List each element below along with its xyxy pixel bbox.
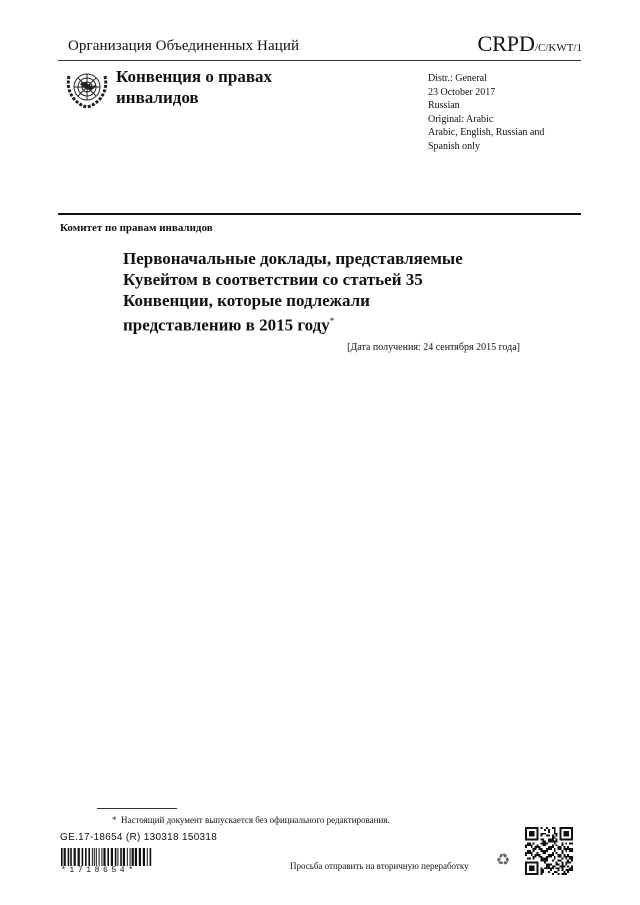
date-received: [Дата получения: 24 сентября 2015 года]: [347, 342, 520, 353]
barcode-icon: [61, 848, 152, 866]
languages-line: Spanish only: [428, 140, 544, 154]
organization-name: Организация Объединенных Наций: [68, 38, 299, 55]
title-line: Кувейтом в соответствии со статьей 35: [123, 269, 523, 290]
language: Russian: [428, 99, 544, 113]
job-number: GE.17-18654 (R) 130318 150318: [60, 832, 217, 843]
convention-title: Конвенция о правах инвалидов: [116, 66, 272, 108]
footnote-text: Настоящий документ выпускается без офици…: [121, 815, 390, 825]
recycle-note: Просьба отправить на вторичную переработ…: [290, 861, 469, 871]
symbol-main: CRPD: [477, 31, 534, 56]
footnote-reference[interactable]: *: [330, 316, 335, 326]
convention-title-line: Конвенция о правах: [116, 66, 272, 87]
languages-line: Arabic, English, Russian and: [428, 126, 544, 140]
footnote: * Настоящий документ выпускается без офи…: [112, 815, 390, 825]
section-rule: [58, 213, 581, 215]
title-line: Первоначальные доклады, представляемые: [123, 248, 523, 269]
qr-code-icon: [525, 827, 573, 875]
title-line: представлению в 2015 году*: [123, 311, 523, 336]
original-language: Original: Arabic: [428, 113, 544, 127]
issue-date: 23 October 2017: [428, 86, 544, 100]
title-line: Конвенции, которые подлежали: [123, 290, 523, 311]
header-rule: [58, 60, 581, 61]
document-symbol: CRPD/C/KWT/1: [477, 31, 582, 57]
recycle-icon: ♻: [494, 852, 512, 870]
distribution-meta: Distr.: General 23 October 2017 Russian …: [428, 72, 544, 153]
symbol-suffix: /C/KWT/1: [535, 42, 582, 54]
document-title: Первоначальные доклады, представляемые К…: [123, 248, 523, 336]
barcode-number: *1718654*: [61, 866, 137, 875]
distribution: Distr.: General: [428, 72, 544, 86]
committee-name: Комитет по правам инвалидов: [60, 222, 213, 234]
convention-title-line: инвалидов: [116, 87, 272, 108]
footnote-mark: *: [112, 815, 117, 825]
footnote-rule: [97, 808, 177, 809]
un-emblem-icon: [64, 66, 110, 112]
